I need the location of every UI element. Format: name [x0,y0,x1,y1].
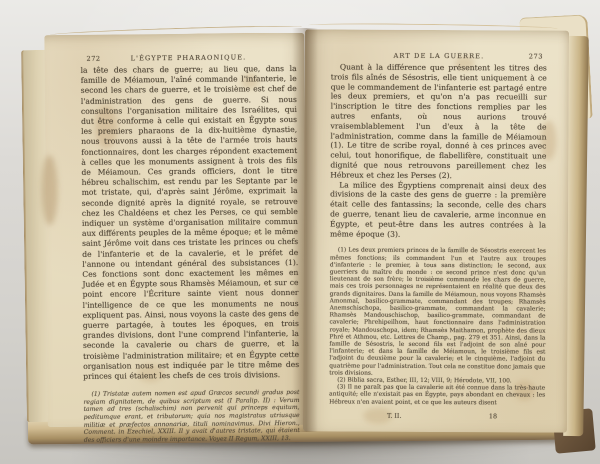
right-page-number: 273 [529,52,543,60]
right-footnote-block: (1) Les deux premiers princes de la fami… [329,248,546,408]
open-book: 272 L'ÉGYPTE PHARAONIQUE. la tête des ch… [16,20,584,450]
foxing-spot [41,155,58,225]
right-page-content: ART DE LA GUERRE. 273 Quant à la différe… [329,51,547,420]
left-page: 272 L'ÉGYPTE PHARAONIQUE. la tête des ch… [44,33,307,427]
book-photo: 272 L'ÉGYPTE PHARAONIQUE. la tête des ch… [0,0,600,464]
right-page: ART DE LA GUERRE. 273 Quant à la différe… [303,29,569,432]
signature-line: T. II. 18 [329,411,545,420]
left-body-text: la tête des chars de guerre; au lieu que… [81,64,300,382]
signature-number: 18 [489,412,497,420]
right-running-head: ART DE LA GUERRE. 273 [331,51,547,63]
right-footnote-1: (1) Les deux premiers princes de la fami… [329,248,546,379]
right-running-title: ART DE LA GUERRE. [394,52,485,60]
left-footnote-block: (1) Tristatæ autem nomen est apud Græcos… [83,389,299,444]
left-running-title: L'ÉGYPTE PHARAONIQUE. [131,53,247,62]
left-page-content: 272 L'ÉGYPTE PHARAONIQUE. la tête des ch… [80,53,299,444]
left-page-number: 272 [86,55,100,63]
right-footnote-3: (3) Il ne paraît pas que la cavalerie ai… [329,385,545,408]
left-footnote: (1) Tristatæ autem nomen est apud Græcos… [83,389,299,444]
left-running-head: 272 L'ÉGYPTE PHARAONIQUE. [80,53,296,66]
right-paragraph-1: Quant à la différence que présentent les… [330,62,547,181]
book-gutter [292,28,318,432]
right-paragraph-2: La milice des Égyptiens comprenait ainsi… [330,180,546,240]
tome-mark: T. II. [387,412,402,420]
